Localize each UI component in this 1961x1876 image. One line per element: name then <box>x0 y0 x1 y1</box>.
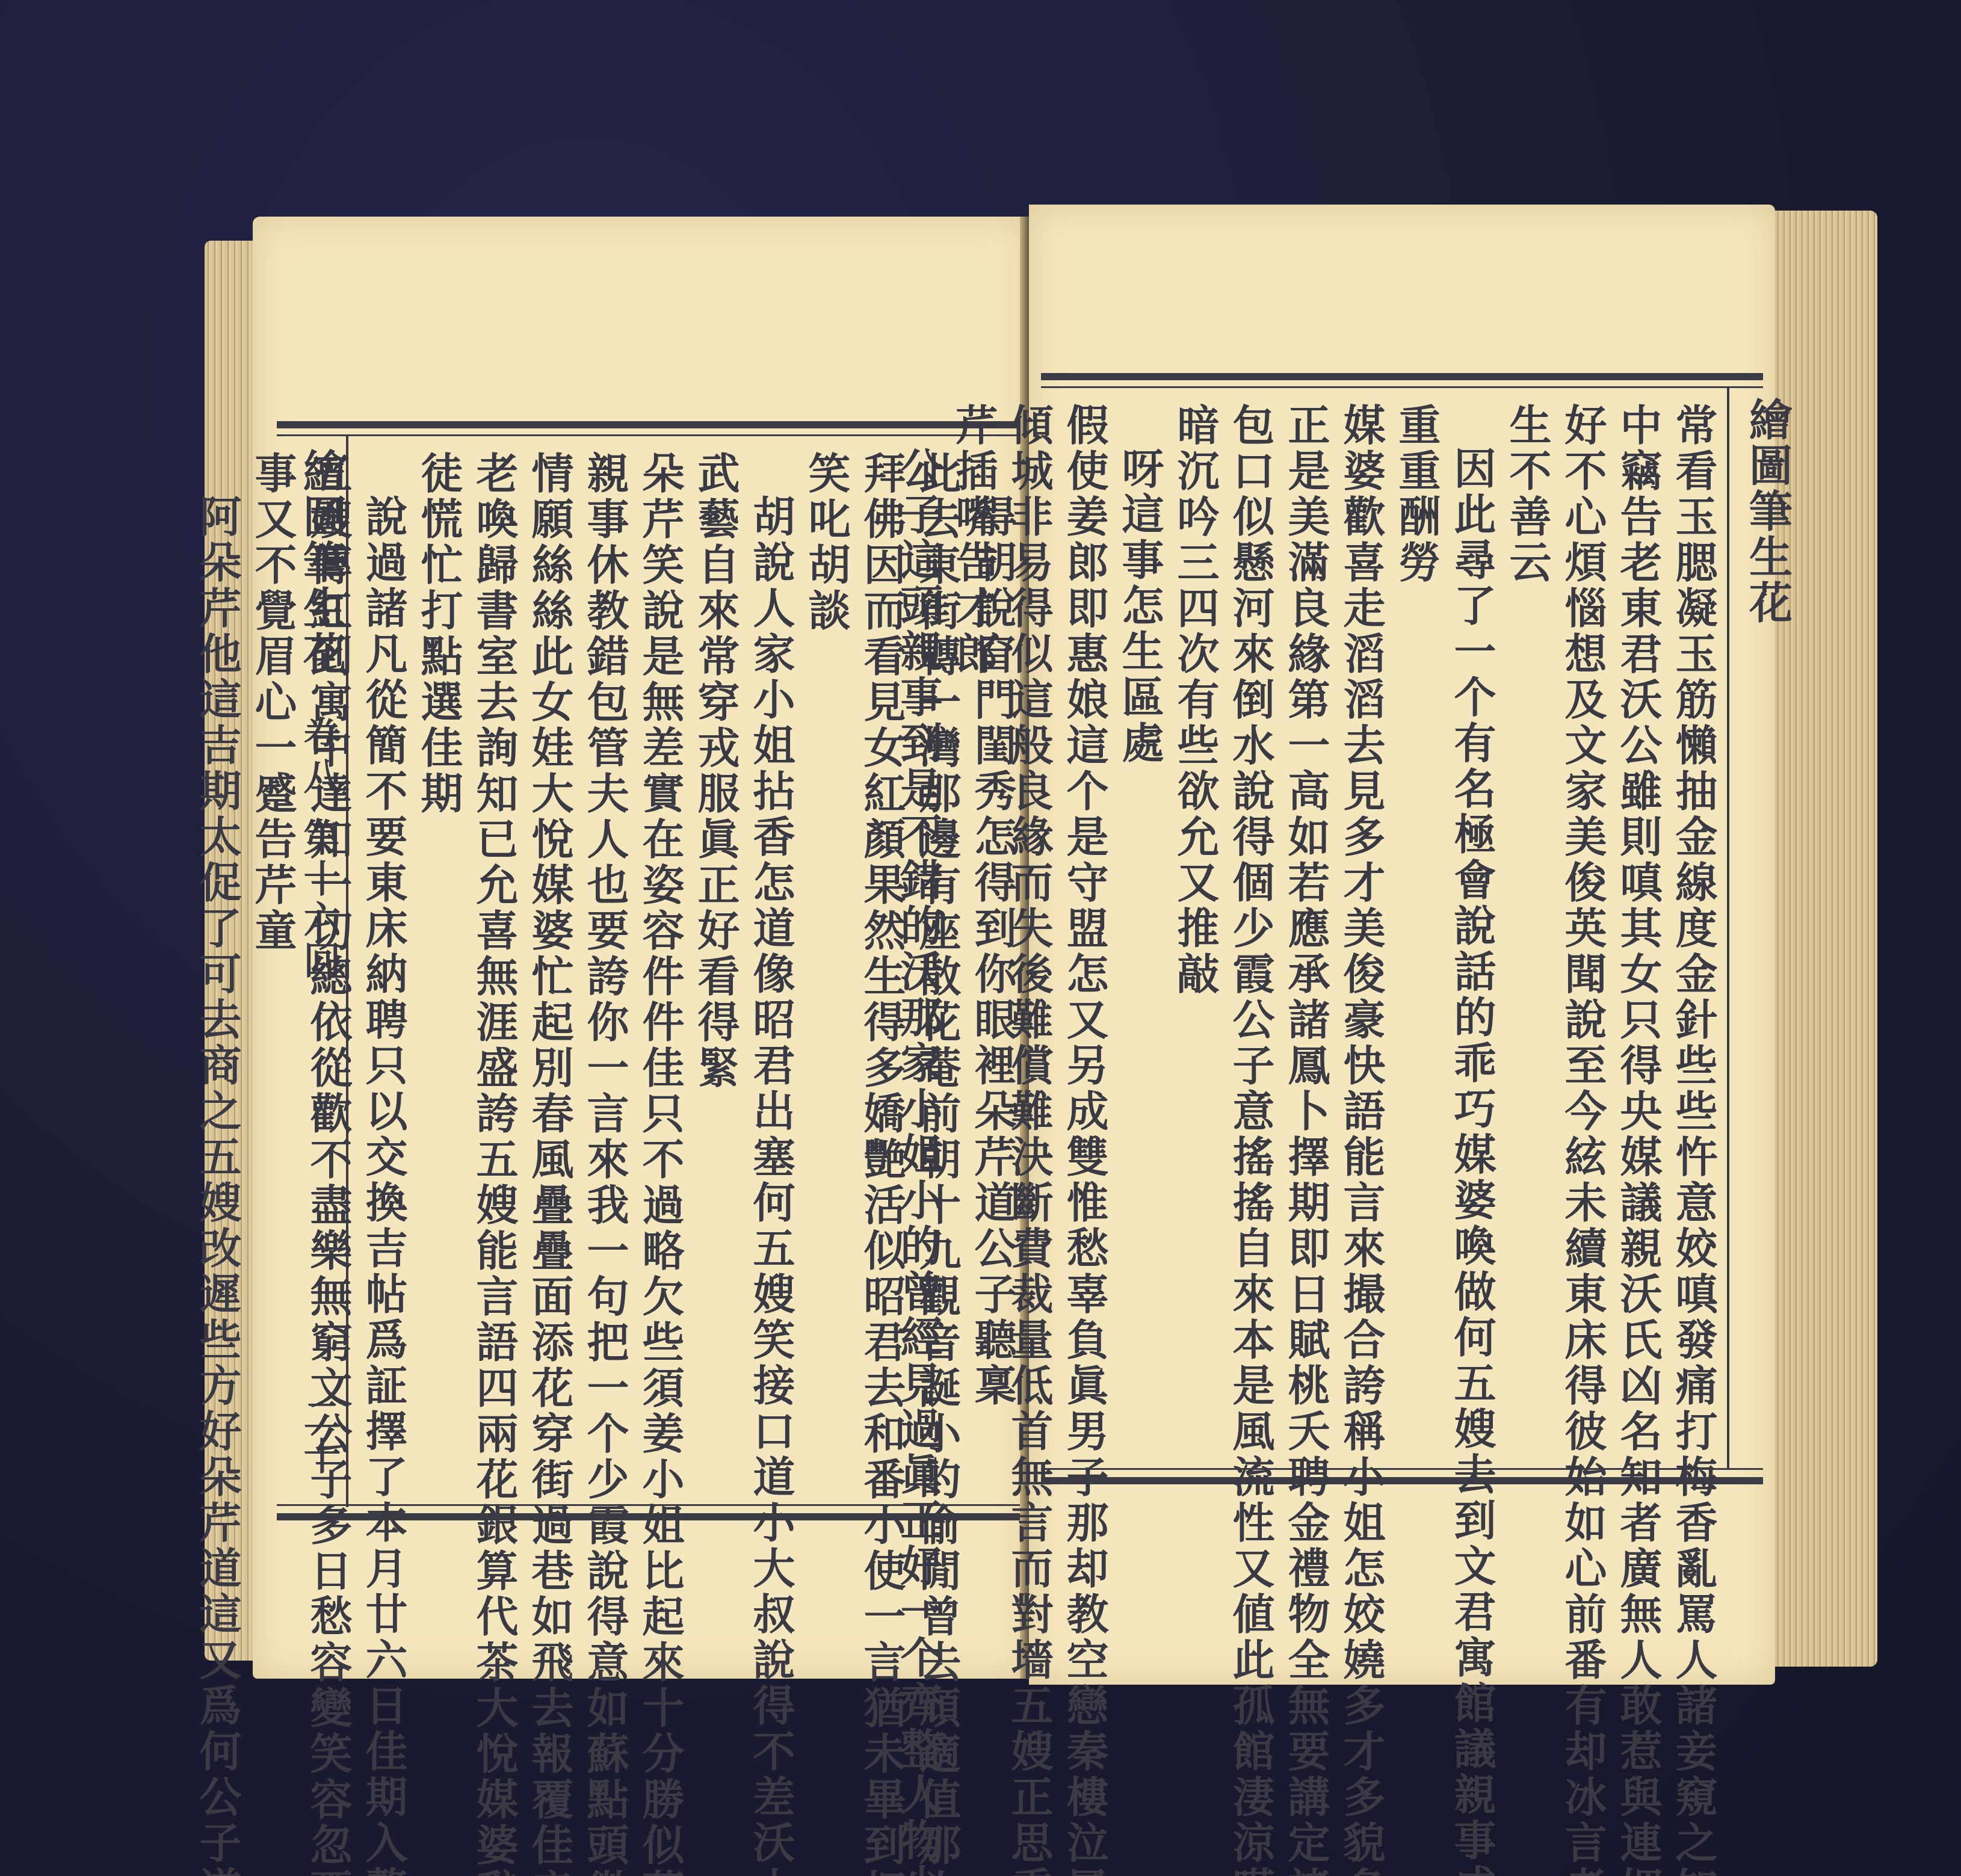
text-column: 暗沉吟三四次有些欲允又推敲 <box>1167 403 1223 1462</box>
top-border <box>1041 373 1763 380</box>
text-column: 因此尋了一个有名極會說話的乖巧媒婆喚做何五嫂去到文君寓館議親事成後允彼 <box>1444 403 1499 1462</box>
text-column: 重重酬勞 <box>1389 403 1444 1462</box>
top-border-thin <box>1041 386 1763 388</box>
text-column: 假使姜郎即惠娘這个是守盟怎又另成雙惟愁辜負眞男子那却教空戀秦樓泣鳳凰自古 <box>1057 403 1112 1462</box>
text-column: 事又不覺眉心一蹙告芹童 <box>245 451 300 1498</box>
right-page: 繪圖筆生花 常看玉腮凝玉筋懶抽金線度金針些些忤意姣嗔發痛打梅香亂罵人諸妾窺之知所… <box>1029 205 1775 1685</box>
text-column: 中竊告老東君沃公雖則嗔其女只得央媒議親沃氏凶名知者廣無人敢惹與連姻司徒 <box>1610 403 1666 1462</box>
text-column: 笑叱胡談 <box>798 451 854 1498</box>
text-column: 正是美滿良緣第一高如若應承諸鳳卜擇期即日賦桃夭聘金禮物全無要講定諸凡女宅 <box>1278 403 1333 1462</box>
text-column: 包口似懸河來倒水說得個少霞公子意搖搖自來本是風流性又値此孤館淒涼嘆寂寥暗 <box>1223 403 1278 1462</box>
text-column: 五嫂傳紅到寓中達知一切總依從歡不盡樂無窮文公子多日愁容變笑容忽爾廻思前次 <box>300 451 356 1498</box>
open-book: 繪圖筆生花 卷八 第十六回 二十 得胡說窅門閨秀怎得到你眼裡朵芹道公子聽稟 此去… <box>199 205 1877 1691</box>
text-column: 阿朵芹他這吉期太促了可去商之五嫂改遲些方好朵芹道這又爲何公子道我纔忘了 <box>190 451 245 1498</box>
text-column: 傾城非易得似這般良緣而失後難償難決斷費裁量低首無言而對墻五嫂正思重復問朵 <box>1001 403 1057 1462</box>
text-column: 徒慌忙打點選佳期 <box>411 451 466 1498</box>
text-column: 呀這事怎生區處 <box>1112 403 1167 1462</box>
text-column: 媒婆歡喜走滔滔去見多才美俊豪快語能言來撮合誇稱小姐怎姣嬈多才多貌多賠送眞 <box>1333 403 1389 1462</box>
text-column: 生不善云 <box>1499 403 1555 1462</box>
text-column: 常看玉腮凝玉筋懶抽金線度金針些些忤意姣嗔發痛打梅香亂罵人諸妾窺之知所意暗 <box>1666 403 1721 1462</box>
text-column: 胡說人家小姐拈香怎道像昭君出塞何五嫂笑接口道小大叔說得不差沃小姐有一身 <box>743 451 798 1498</box>
margin-rule <box>1727 388 1729 1468</box>
text-column: 說過諸凡從簡不要東床納聘只以交換吉帖爲証擇了本月廿六日佳期入贅 <box>356 451 411 1498</box>
text-column: 情願絲絲此女娃大悅媒婆忙起別春風疊疊面添花穿街過巷如飛去報覆佳音到沃衙沃 <box>522 451 577 1498</box>
text-column: 好不心煩惱想及文家美俊英聞說至今絃未續東床得彼始如心前番有却冰言者或是門 <box>1555 403 1610 1462</box>
text-column: 芹插嘴告才郎 <box>946 403 1001 1462</box>
text-column: 老喚歸書室去詢知已允喜無涯盛誇五嫂能言語四兩花銀算代茶大悅媒婆辭謝去老司 <box>466 451 522 1498</box>
right-page-text: 常看玉腮凝玉筋懶抽金線度金針些些忤意姣嗔發痛打梅香亂罵人諸妾窺之知所意暗 中竊告… <box>1047 403 1721 1462</box>
text-column: 親事休教錯包管夫人也要誇你一言來我一句把一个少霞說得意如蘇點頭微笑登時允 <box>577 451 632 1498</box>
text-column: 武藝自來常穿戎服眞正好看得緊 <box>688 451 743 1498</box>
text-column: 朵芹笑說是無差實在姿容件件佳只不過略欠些須姜小姐比起來十分勝似慕容家這門 <box>632 451 688 1498</box>
text-column: 公子這頭親事到是不錯的沃那家小姐小的曾經見過眞正好一个齊整人物少道霞休 <box>891 403 946 1462</box>
margin-book-title: 繪圖筆生花 <box>1736 397 1799 626</box>
